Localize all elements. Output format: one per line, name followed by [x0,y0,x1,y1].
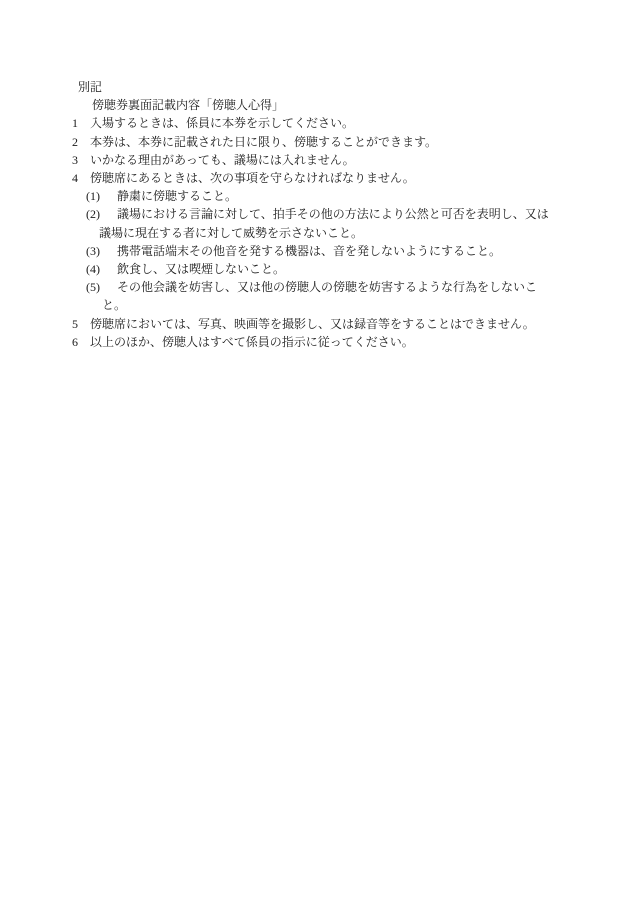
rule-4-2: (2)議場における言論に対して、拍手その他の方法により公然と可否を表明し、又は [0,205,630,223]
rule-4-5-continued: と。 [0,296,630,314]
rule-6-marker: 6 [72,333,90,351]
rule-3-text: いかなる理由があっても、議場には入れません。 [90,153,355,167]
rule-4-5-marker: (5) [86,278,117,296]
rule-4-4: (4)飲食し、又は喫煙しないこと。 [0,260,630,278]
appendix-label: 別記 [0,78,630,96]
rule-2: 2本券は、本券に記載された日に限り、傍聴することができます。 [0,133,630,151]
rule-6-text: 以上のほか、傍聴人はすべて係員の指示に従ってください。 [90,335,414,349]
document-heading: 傍聴券裏面記載内容「傍聴人心得」 [0,96,630,114]
rule-4-5-text: その他会議を妨害し、又は他の傍聴人の傍聴を妨害するような行為をしないこ [117,280,537,294]
rule-4-1-marker: (1) [86,187,117,205]
rule-4-2-continued-text: 議場に現在する者に対して威勢を示さないこと。 [99,226,363,240]
rule-4: 4傍聴席にあるときは、次の事項を守らなければなりません。 [0,169,630,187]
rule-1-text: 入場するときは、係員に本券を示してください。 [90,116,354,130]
appendix-label-text: 別記 [78,80,102,94]
rule-4-2-text: 議場における言論に対して、拍手その他の方法により公然と可否を表明し、又は [117,207,549,221]
rule-4-5-continued-text: と。 [102,298,126,312]
rule-1-marker: 1 [72,114,90,132]
rule-2-marker: 2 [72,133,90,151]
rule-5-text: 傍聴席においては、写真、映画等を撮影し、又は録音等をすることはできません。 [90,317,535,331]
rule-5-marker: 5 [72,315,90,333]
rule-4-3: (3)携帯電話端末その他音を発する機器は、音を発しないようにすること。 [0,242,630,260]
rule-3: 3いかなる理由があっても、議場には入れません。 [0,151,630,169]
rule-4-5: (5)その他会議を妨害し、又は他の傍聴人の傍聴を妨害するような行為をしないこ [0,278,630,296]
rule-4-2-continued: 議場に現在する者に対して威勢を示さないこと。 [0,224,630,242]
spectator-rules-text-block: 別記傍聴券裏面記載内容「傍聴人心得」1入場するときは、係員に本券を示してください… [0,78,630,351]
document-heading-text: 傍聴券裏面記載内容「傍聴人心得」 [92,98,284,112]
rule-3-marker: 3 [72,151,90,169]
rule-4-3-marker: (3) [86,242,117,260]
rule-6: 6以上のほか、傍聴人はすべて係員の指示に従ってください。 [0,333,630,351]
rule-4-4-marker: (4) [86,260,117,278]
rule-2-text: 本券は、本券に記載された日に限り、傍聴することができます。 [90,135,437,149]
rule-5: 5傍聴席においては、写真、映画等を撮影し、又は録音等をすることはできません。 [0,315,630,333]
rule-4-1-text: 静粛に傍聴すること。 [117,189,237,203]
rule-4-4-text: 飲食し、又は喫煙しないこと。 [117,262,285,276]
rule-4-text: 傍聴席にあるときは、次の事項を守らなければなりません。 [90,171,415,185]
rule-4-1: (1)静粛に傍聴すること。 [0,187,630,205]
rule-4-marker: 4 [72,169,90,187]
rule-4-2-marker: (2) [86,205,117,223]
rule-4-3-text: 携帯電話端末その他音を発する機器は、音を発しないようにすること。 [117,244,501,258]
document-page: 別記傍聴券裏面記載内容「傍聴人心得」1入場するときは、係員に本券を示してください… [0,0,630,903]
rule-1: 1入場するときは、係員に本券を示してください。 [0,114,630,132]
